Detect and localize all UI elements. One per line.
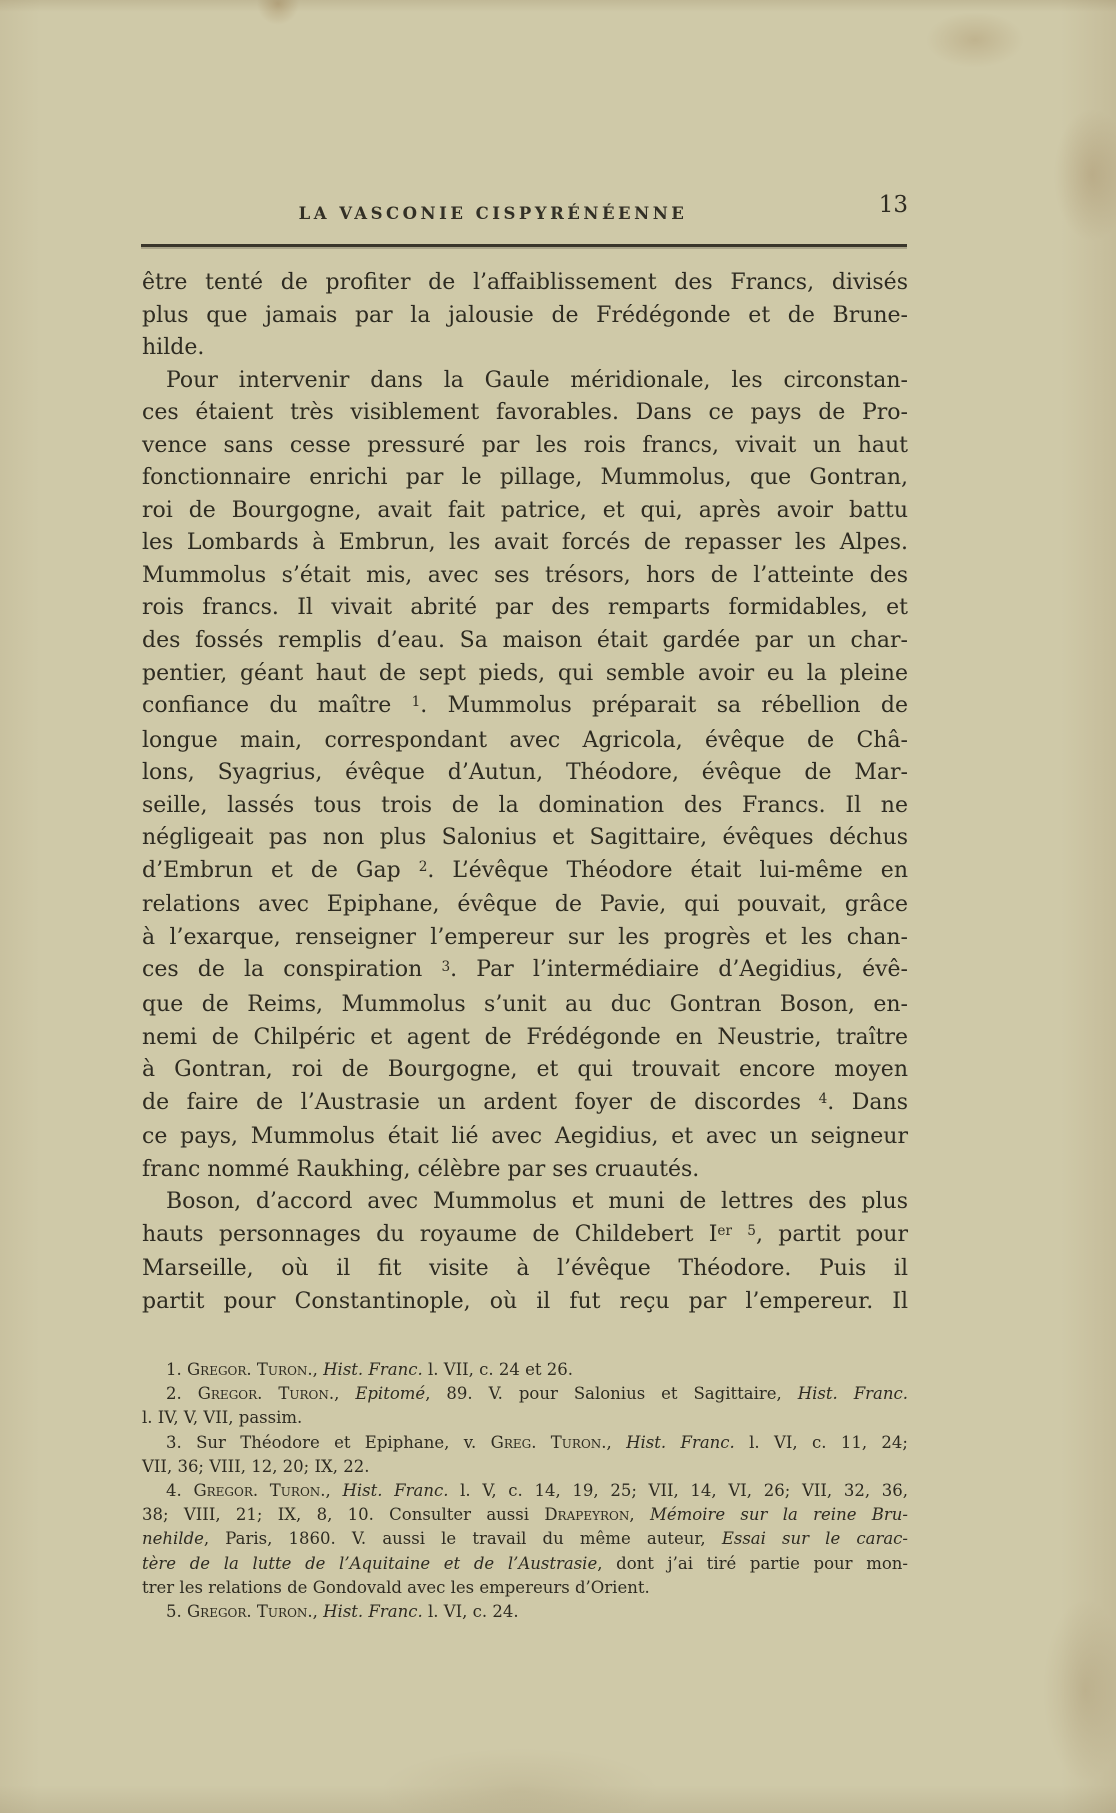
footnote-line-segment: Greg. Turon.: [491, 1433, 607, 1452]
body-line-segment: à l’exarque, renseigner l’empereur sur l…: [142, 925, 908, 950]
footnote-line-segment: l. V, c. 14, 19, 25; VII, 14, VI, 26; VI…: [448, 1481, 908, 1500]
footnote-line: 4. Gregor. Turon., Hist. Franc. l. V, c.…: [142, 1479, 908, 1503]
body-line: Marseille, où il fit visite à l’évêque T…: [142, 1253, 908, 1286]
footnote-line: l. IV, V, VII, passim.: [142, 1406, 908, 1430]
body-line: d’Embrun et de Gap 2. L’évêque Théodore …: [142, 855, 908, 890]
body-line: nemi de Chilpéric et agent de Frédégonde…: [142, 1022, 908, 1055]
footnote-line-segment: ,: [334, 1384, 355, 1403]
body-line-segment: nemi de Chilpéric et agent de Frédégonde…: [142, 1025, 908, 1050]
footnote-line-segment: VII, 36; VIII, 12, 20; IX, 22.: [142, 1457, 369, 1476]
body-line-segment: fonctionnaire enrichi par le pillage, Mu…: [142, 465, 908, 490]
footnote-line-segment: tère de la lutte de l’Aquitaine et de l’…: [142, 1554, 597, 1573]
body-line-segment: 2: [419, 859, 428, 875]
body-line: pentier, géant haut de sept pieds, qui s…: [142, 658, 908, 691]
footnote-line-segment: , Paris, 1860. V. aussi le travail du mê…: [204, 1529, 722, 1548]
body-line: franc nommé Raukhing, célèbre par ses cr…: [142, 1154, 908, 1187]
body-line-segment: hauts personnages du royaume de Childebe…: [142, 1222, 717, 1247]
body-line-segment: lons, Syagrius, évêque d’Autun, Théodore…: [142, 760, 908, 785]
body-line: confiance du maître 1. Mummolus préparai…: [142, 690, 908, 725]
body-line-segment: franc nommé Raukhing, célèbre par ses cr…: [142, 1157, 699, 1182]
footnote-line-segment: ,: [313, 1360, 324, 1379]
body-line-segment: . Par l’intermédiaire d’Aegidius, évê-: [450, 957, 908, 982]
body-line: fonctionnaire enrichi par le pillage, Mu…: [142, 462, 908, 495]
body-line-segment: Pour intervenir dans la Gaule méridional…: [166, 368, 908, 393]
body-line-segment: ces étaient très visiblement favorables.…: [142, 400, 908, 425]
footnote-line-segment: ,: [313, 1602, 324, 1621]
footnote-line: trer les relations de Gondovald avec les…: [142, 1576, 908, 1600]
footnote-line-segment: 1.: [166, 1360, 187, 1379]
body-line-segment: [732, 1222, 747, 1247]
body-line-segment: seille, lassés tous trois de la dominati…: [142, 793, 908, 818]
body-line-segment: des fossés remplis d’eau. Sa maison étai…: [142, 628, 908, 653]
footnote-line-segment: Hist. Franc.: [626, 1433, 735, 1452]
footnote-line-segment: trer les relations de Gondovald avec les…: [142, 1578, 650, 1597]
footnote-line: 38; VIII, 21; IX, 8, 10. Consulter aussi…: [142, 1503, 908, 1527]
body-line: ces de la conspiration 3. Par l’interméd…: [142, 954, 908, 989]
body-line-segment: négligeait pas non plus Salonius et Sagi…: [142, 825, 908, 850]
body-line: longue main, correspondant avec Agricola…: [142, 725, 908, 758]
body-line-segment: les Lombards à Embrun, les avait forcés …: [142, 530, 908, 555]
body-line-segment: . L’évêque Théodore était lui-même en: [427, 858, 908, 883]
body-line: vence sans cesse pressuré par les rois f…: [142, 430, 908, 463]
body-line-segment: Marseille, où il fit visite à l’évêque T…: [142, 1256, 908, 1281]
footnote-line-segment: Hist. Franc.: [342, 1481, 448, 1500]
body-line: lons, Syagrius, évêque d’Autun, Théodore…: [142, 757, 908, 790]
body-line: des fossés remplis d’eau. Sa maison étai…: [142, 625, 908, 658]
body-line-segment: roi de Bourgogne, avait fait patrice, et…: [142, 498, 908, 523]
header-rule: [141, 244, 907, 247]
footnote-line-segment: , dont j’ai tiré partie pour mon-: [597, 1554, 908, 1573]
body-line-segment: à Gontran, roi de Bourgogne, et qui trou…: [142, 1057, 908, 1082]
footnote-line-segment: 4.: [166, 1481, 193, 1500]
body-line-segment: que de Reims, Mummolus s’unit au duc Gon…: [142, 992, 908, 1017]
footnote-line: 2. Gregor. Turon., Epitomé, 89. V. pour …: [142, 1382, 908, 1406]
body-line: Pour intervenir dans la Gaule méridional…: [142, 365, 908, 398]
footnote-line-segment: Drapeyron: [544, 1505, 629, 1524]
body-line: ces étaient très visiblement favorables.…: [142, 397, 908, 430]
body-line-segment: Mummolus s’était mis, avec ses trésors, …: [142, 563, 908, 588]
body-line: être tenté de profiter de l’affaiblissem…: [142, 267, 908, 300]
body-line-segment: . Dans: [827, 1090, 908, 1115]
footnote-line: 3. Sur Théodore et Epiphane, v. Greg. Tu…: [142, 1431, 908, 1455]
body-line-segment: hilde.: [142, 335, 204, 360]
footnote-line-segment: l. IV, V, VII, passim.: [142, 1408, 302, 1427]
body-line-segment: 1: [412, 694, 421, 710]
page-number: 13: [142, 192, 908, 218]
body-line-segment: pentier, géant haut de sept pieds, qui s…: [142, 661, 908, 686]
footnote-line-segment: l. VI, c. 11, 24;: [735, 1433, 908, 1452]
body-line-segment: d’Embrun et de Gap: [142, 858, 419, 883]
body-line-segment: 5: [747, 1223, 756, 1239]
body-line-segment: relations avec Epiphane, évêque de Pavie…: [142, 892, 908, 917]
body-line: hilde.: [142, 332, 908, 365]
body-line-segment: Boson, d’accord avec Mummolus et muni de…: [166, 1189, 908, 1214]
body-line-segment: . Mummolus préparait sa rébellion de: [420, 693, 908, 718]
body-line: hauts personnages du royaume de Childebe…: [142, 1219, 908, 1254]
footnote-line-segment: Mémoire sur la reine Bru-: [650, 1505, 908, 1524]
footnote-line-segment: Essai sur le carac-: [722, 1529, 908, 1548]
body-text: être tenté de profiter de l’affaiblissem…: [142, 267, 908, 1319]
body-line: partit pour Constantinople, où il fut re…: [142, 1286, 908, 1319]
body-line: à Gontran, roi de Bourgogne, et qui trou…: [142, 1054, 908, 1087]
body-line: que de Reims, Mummolus s’unit au duc Gon…: [142, 989, 908, 1022]
body-line: roi de Bourgogne, avait fait patrice, et…: [142, 495, 908, 528]
footnote-line-segment: Hist. Franc.: [323, 1602, 423, 1621]
body-line: Boson, d’accord avec Mummolus et muni de…: [142, 1186, 908, 1219]
body-line-segment: confiance du maître: [142, 693, 412, 718]
body-line: ce pays, Mummolus était lié avec Aegidiu…: [142, 1121, 908, 1154]
body-line: de faire de l’Austrasie un ardent foyer …: [142, 1087, 908, 1122]
footnote-line-segment: l. VII, c. 24 et 26.: [423, 1360, 573, 1379]
footnote-line-segment: 2.: [166, 1384, 198, 1403]
footnote-line-segment: ,: [326, 1481, 343, 1500]
footnote-line: 1. Gregor. Turon., Hist. Franc. l. VII, …: [142, 1358, 908, 1382]
footnote-line-segment: Gregor. Turon.: [187, 1360, 313, 1379]
footnote-line-segment: 5.: [166, 1602, 187, 1621]
body-line-segment: longue main, correspondant avec Agricola…: [142, 728, 908, 753]
body-line-segment: er: [717, 1223, 732, 1239]
footnote-line-segment: Gregor. Turon.: [198, 1384, 334, 1403]
body-line: Mummolus s’était mis, avec ses trésors, …: [142, 560, 908, 593]
footnote-line-segment: Gregor. Turon.: [187, 1602, 313, 1621]
footnote-line-segment: Hist. Franc.: [798, 1384, 908, 1403]
footnote-line-segment: ,: [607, 1433, 627, 1452]
body-line-segment: partit pour Constantinople, où il fut re…: [142, 1289, 908, 1314]
body-line: à l’exarque, renseigner l’empereur sur l…: [142, 922, 908, 955]
footnote-line-segment: , 89. V. pour Salonius et Sagittaire,: [425, 1384, 798, 1403]
footnote-line: tère de la lutte de l’Aquitaine et de l’…: [142, 1552, 908, 1576]
footnote-line-segment: 38; VIII, 21; IX, 8, 10. Consulter aussi: [142, 1505, 544, 1524]
body-line: les Lombards à Embrun, les avait forcés …: [142, 527, 908, 560]
body-line-segment: 3: [441, 959, 450, 975]
body-line: rois francs. Il vivait abrité par des re…: [142, 592, 908, 625]
footnote-line-segment: ,: [629, 1505, 650, 1524]
body-line: plus que jamais par la jalousie de Frédé…: [142, 300, 908, 333]
book-page: LA VASCONIE CISPYRÉNÉENNE 13 être tenté …: [0, 0, 1116, 1813]
footnote-line-segment: Hist. Franc.: [323, 1360, 423, 1379]
body-line-segment: plus que jamais par la jalousie de Frédé…: [142, 303, 908, 328]
footnote-line-segment: 3. Sur Théodore et Epiphane, v.: [166, 1433, 491, 1452]
body-line-segment: être tenté de profiter de l’affaiblissem…: [142, 270, 908, 295]
footnote-line: 5. Gregor. Turon., Hist. Franc. l. VI, c…: [142, 1600, 908, 1624]
body-line-segment: rois francs. Il vivait abrité par des re…: [142, 595, 908, 620]
body-line-segment: de faire de l’Austrasie un ardent foyer …: [142, 1090, 819, 1115]
body-line: relations avec Epiphane, évêque de Pavie…: [142, 889, 908, 922]
body-line-segment: ce pays, Mummolus était lié avec Aegidiu…: [142, 1124, 908, 1149]
body-line: seille, lassés tous trois de la dominati…: [142, 790, 908, 823]
body-line-segment: ces de la conspiration: [142, 957, 441, 982]
body-line-segment: 4: [819, 1091, 828, 1107]
body-line-segment: , partit pour: [756, 1222, 908, 1247]
body-line-segment: vence sans cesse pressuré par les rois f…: [142, 433, 908, 458]
footnote-line: nehilde, Paris, 1860. V. aussi le travai…: [142, 1527, 908, 1551]
footnote-line-segment: Gregor. Turon.: [193, 1481, 325, 1500]
footnote-line-segment: l. VI, c. 24.: [423, 1602, 519, 1621]
footnote-line-segment: Epitomé: [355, 1384, 425, 1403]
footnotes: 1. Gregor. Turon., Hist. Franc. l. VII, …: [142, 1358, 908, 1624]
body-line: négligeait pas non plus Salonius et Sagi…: [142, 822, 908, 855]
footnote-line: VII, 36; VIII, 12, 20; IX, 22.: [142, 1455, 908, 1479]
footnote-line-segment: nehilde: [142, 1529, 204, 1548]
